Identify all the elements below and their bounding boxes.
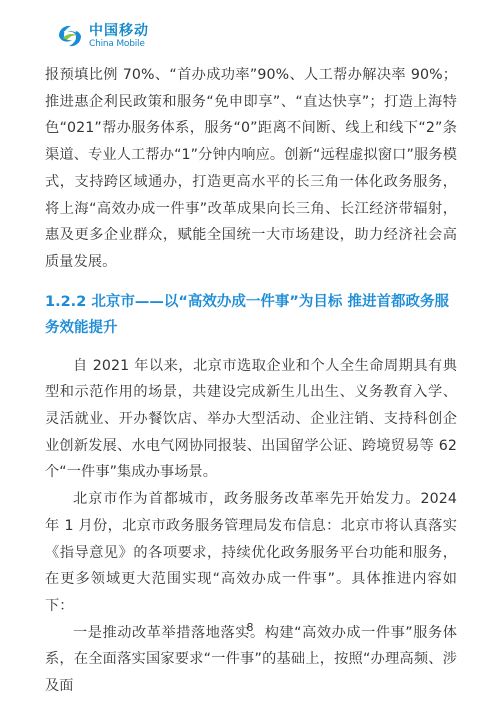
china-mobile-logo-icon [55, 22, 85, 50]
page-number: 8 [0, 621, 500, 634]
paragraph-beijing-scenarios: 自 2021 年以来，北京市选取企业和个人全生命周期具有典型和示范作用的场景，共… [45, 353, 457, 487]
page-header: 中国移动 China Mobile [55, 22, 149, 50]
document-body: 报预填比例 70%、“首办成功率”90%、人工帮办解决率 90%；推进惠企利民政… [45, 62, 457, 700]
paragraph-beijing-reform: 北京市作为首都城市，政务服务改革率先开始发力。2024 年 1 月份，北京市政务… [45, 486, 457, 620]
logo-english-text: China Mobile [89, 40, 149, 49]
paragraph-shanghai-continued: 报预填比例 70%、“首办成功率”90%、人工帮办解决率 90%；推进惠企利民政… [45, 62, 457, 276]
section-heading-beijing: 1.2.2 北京市——以“高效办成一件事”为目标 推进首都政务服务效能提升 [45, 289, 457, 341]
logo-chinese-text: 中国移动 [89, 24, 149, 38]
